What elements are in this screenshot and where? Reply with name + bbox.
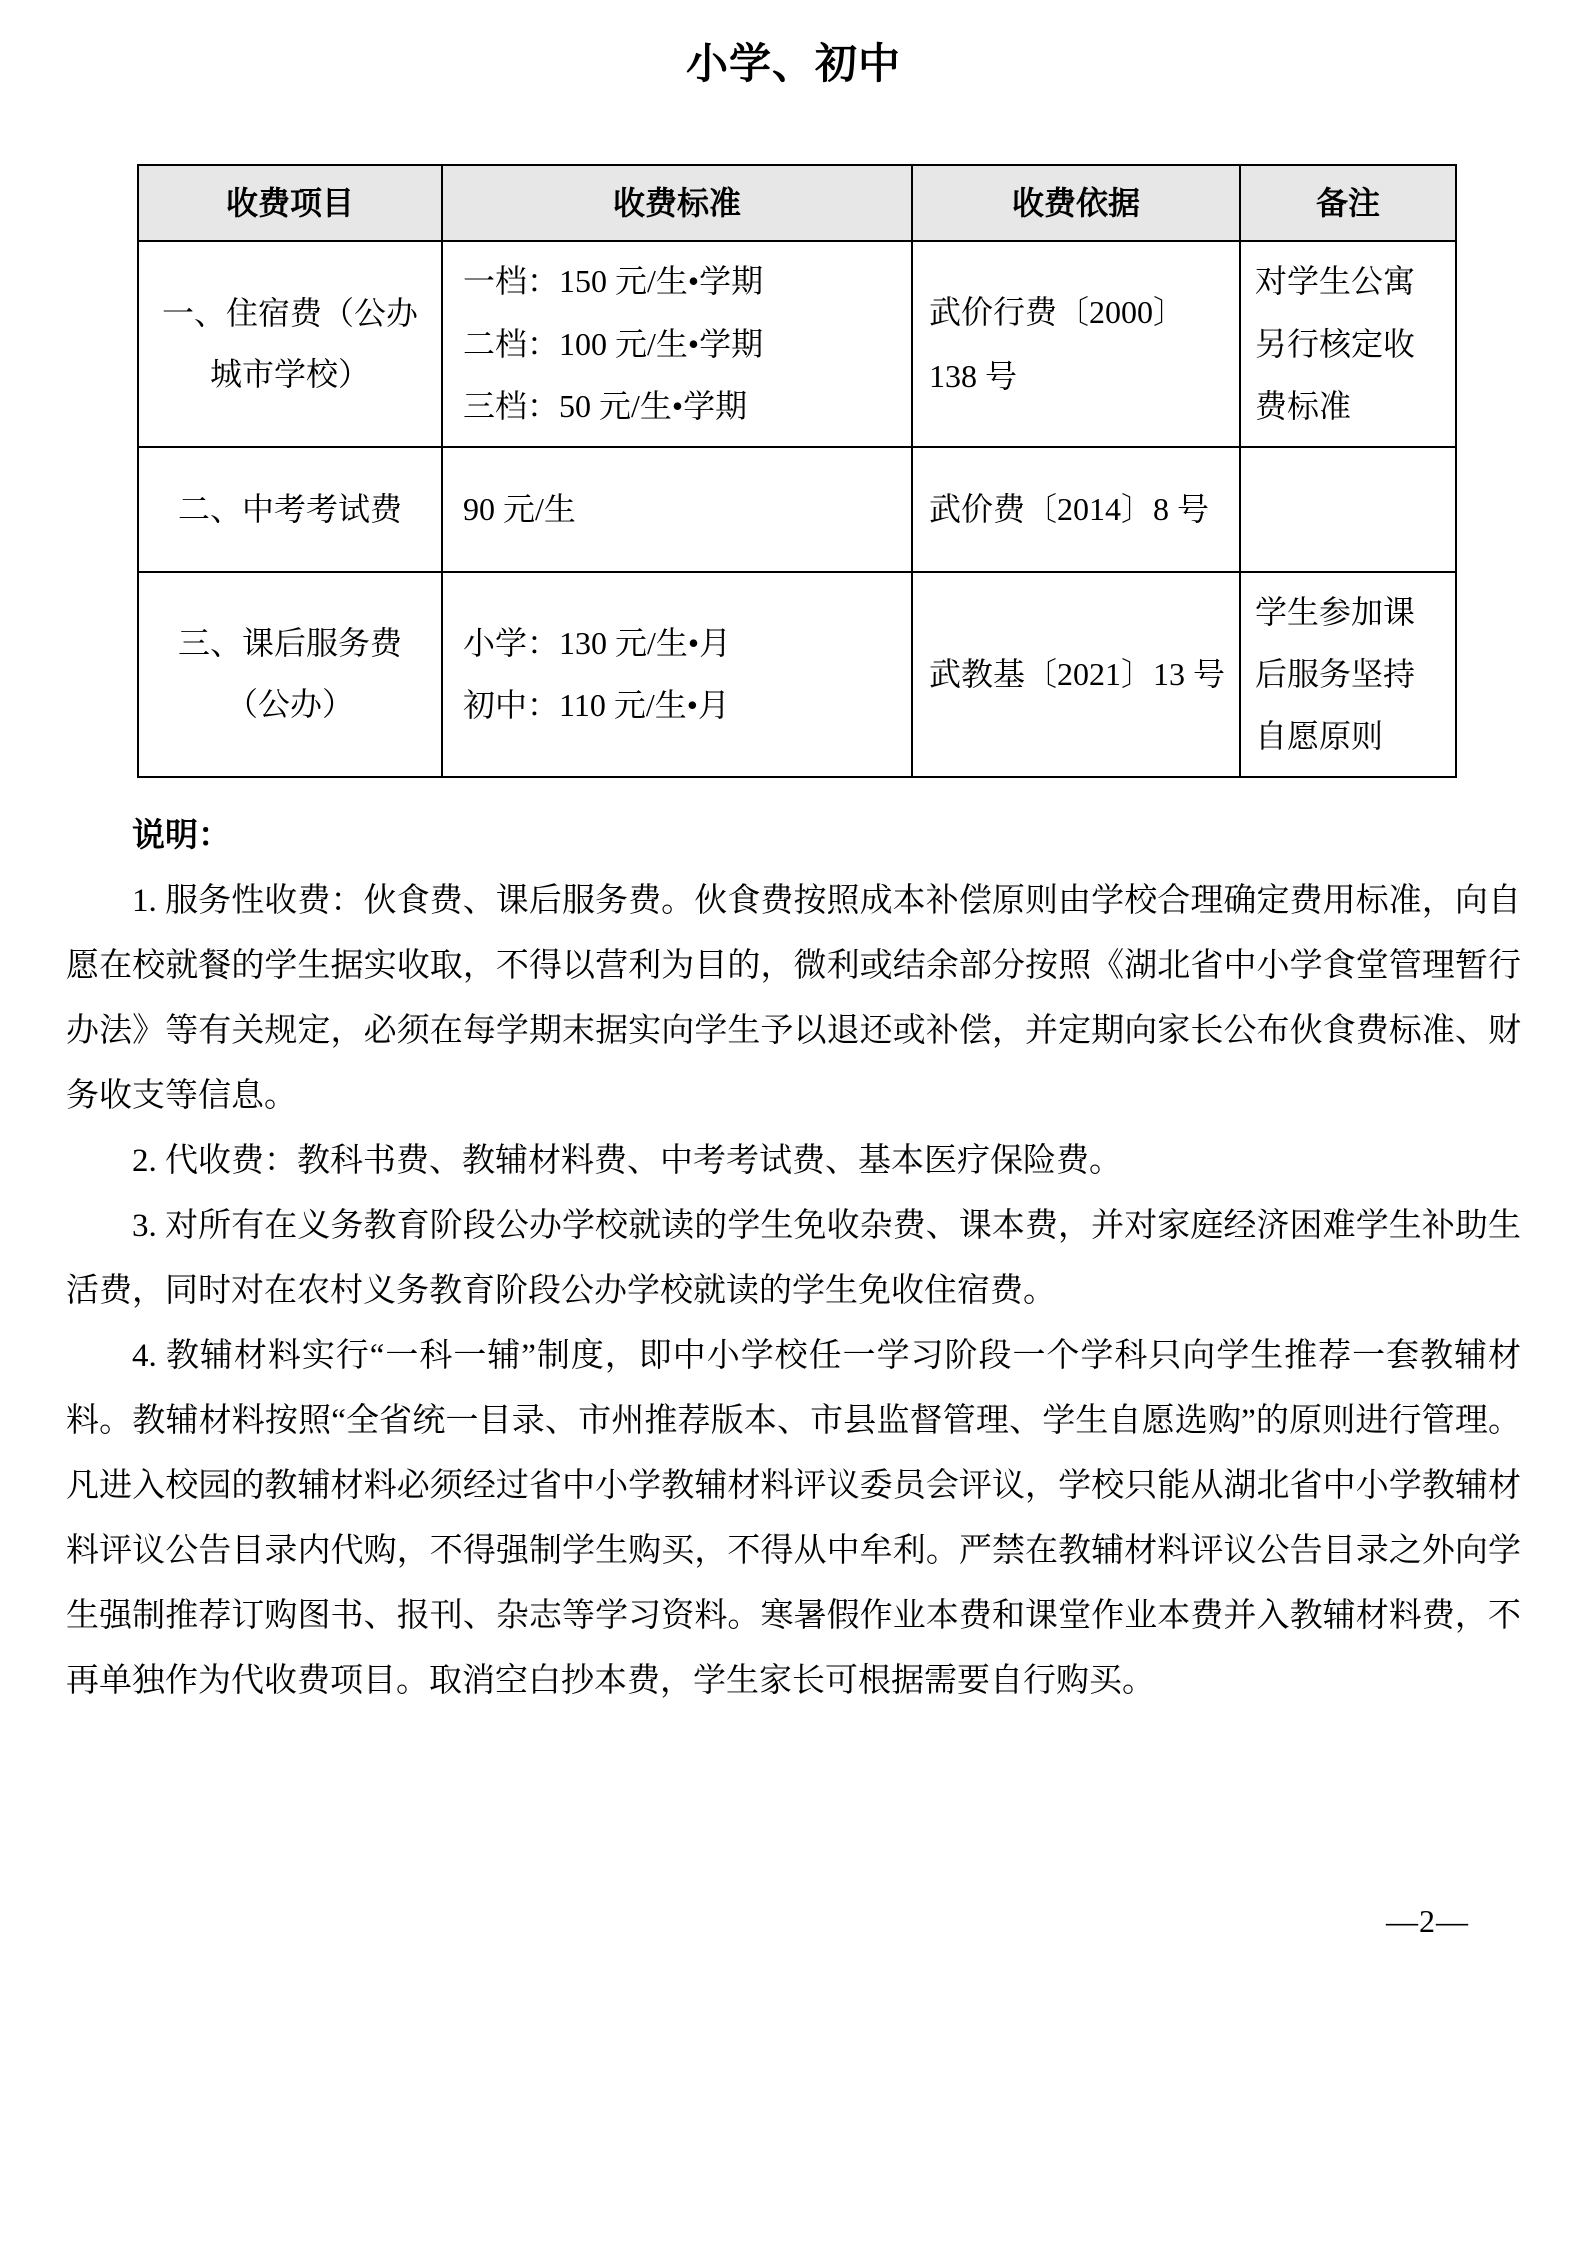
document-page: { "page": { "title": "小学、初中", "page_numb…: [0, 0, 1587, 2245]
table-row-accommodation-fee: 一、住宿费（公办城市学校） 一档：150 元/生•学期 二档：100 元/生•学…: [138, 241, 1456, 446]
fee-item-cell: 三、课后服务费（公办）: [138, 572, 442, 777]
header-fee-standard: 收费标准: [442, 165, 912, 241]
table-row-after-school-service-fee: 三、课后服务费（公办） 小学：130 元/生•月 初中：110 元/生•月 武教…: [138, 572, 1456, 777]
fee-basis-cell: 武价行费〔2000〕138 号: [912, 241, 1240, 446]
standard-line: 二档：100 元/生•学期: [463, 313, 897, 375]
note-paragraph-2: 2. 代收费：教科书费、教辅材料费、中考考试费、基本医疗保险费。: [66, 1129, 1521, 1194]
page-title: 小学、初中: [0, 0, 1587, 90]
fee-standard-cell: 一档：150 元/生•学期 二档：100 元/生•学期 三档：50 元/生•学期: [442, 241, 912, 446]
table-header-row: 收费项目 收费标准 收费依据 备注: [138, 165, 1456, 241]
fee-item-cell: 一、住宿费（公办城市学校）: [138, 241, 442, 446]
fee-table: 收费项目 收费标准 收费依据 备注 一、住宿费（公办城市学校） 一档：150 元…: [137, 164, 1457, 777]
note-paragraph-4: 4. 教辅材料实行“一科一辅”制度，即中小学校任一学习阶段一个学科只向学生推荐一…: [66, 1324, 1521, 1714]
standard-line: 小学：130 元/生•月: [463, 612, 897, 674]
fee-item-cell: 二、中考考试费: [138, 447, 442, 572]
remark-cell: [1240, 447, 1456, 572]
notes-section: 说明： 1. 服务性收费：伙食费、课后服务费。伙食费按照成本补偿原则由学校合理确…: [66, 804, 1521, 1714]
notes-label: 说明：: [66, 804, 1521, 869]
header-fee-basis: 收费依据: [912, 165, 1240, 241]
standard-line: 三档：50 元/生•学期: [463, 375, 897, 437]
remark-cell: 学生参加课后服务坚持自愿原则: [1240, 572, 1456, 777]
standard-line: 90 元/生: [463, 478, 897, 540]
table-row-exam-fee: 二、中考考试费 90 元/生 武价费〔2014〕8 号: [138, 447, 1456, 572]
header-remark: 备注: [1240, 165, 1456, 241]
fee-basis-cell: 武教基〔2021〕13 号: [912, 572, 1240, 777]
note-paragraph-1: 1. 服务性收费：伙食费、课后服务费。伙食费按照成本补偿原则由学校合理确定费用标…: [66, 869, 1521, 1129]
fee-standard-cell: 90 元/生: [442, 447, 912, 572]
header-fee-item: 收费项目: [138, 165, 442, 241]
standard-line: 初中：110 元/生•月: [463, 674, 897, 736]
remark-cell: 对学生公寓另行核定收费标准: [1240, 241, 1456, 446]
fee-standard-cell: 小学：130 元/生•月 初中：110 元/生•月: [442, 572, 912, 777]
fee-basis-cell: 武价费〔2014〕8 号: [912, 447, 1240, 572]
note-paragraph-3: 3. 对所有在义务教育阶段公办学校就读的学生免收杂费、课本费，并对家庭经济困难学…: [66, 1194, 1521, 1324]
standard-line: 一档：150 元/生•学期: [463, 250, 897, 312]
page-number: —2—: [1386, 1903, 1469, 1940]
